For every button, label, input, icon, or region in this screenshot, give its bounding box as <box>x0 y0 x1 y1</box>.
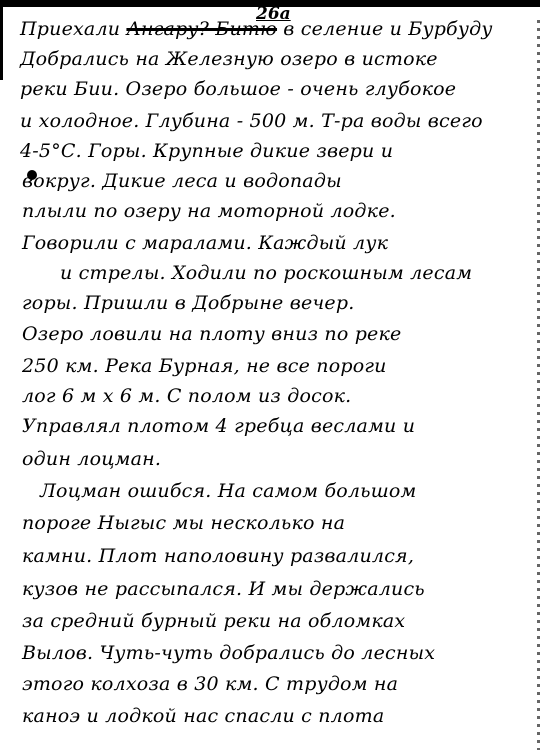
manuscript-line: плыли по озеру на моторной лодке. <box>22 200 540 222</box>
line-text: Лоцман ошибся. На самом большом <box>40 480 417 502</box>
line-text: кузов не рассыпался. И мы держались <box>22 578 425 600</box>
line-text: и стрелы. Ходили по роскошным лесам <box>60 262 472 284</box>
manuscript-line: и холодное. Глубина - 500 м. Т-ра воды в… <box>20 110 540 132</box>
manuscript-line: Добрались на Железную озеро в истоке <box>20 48 540 70</box>
line-text: Добрались на Железную озеро в истоке <box>20 48 438 70</box>
manuscript-line: 250 км. Река Бурная, не все пороги <box>22 355 540 377</box>
line-text: этого колхоза в 30 км. С трудом на <box>22 673 398 695</box>
line-text: один лоцман. <box>22 448 161 470</box>
line-text: за средний бурный реки на обломках <box>22 610 405 632</box>
manuscript-line: реки Бии. Озеро большое - очень глубокое <box>20 78 540 100</box>
scan-border-left <box>0 0 3 80</box>
manuscript-line: Управлял плотом 4 гребца веслами и <box>22 415 540 437</box>
line-text: 4-5°С. Горы. Крупные дикие звери и <box>20 140 393 162</box>
line-text: лог 6 м х 6 м. С полом из досок. <box>22 385 351 407</box>
line-text: реки Бии. Озеро большое - очень глубокое <box>20 78 456 100</box>
line-text: Управлял плотом 4 гребца веслами и <box>22 415 415 437</box>
manuscript-line: камни. Плот наполовину развалился, <box>22 545 540 567</box>
manuscript-line: Говорили с маралами. Каждый лук <box>22 232 540 254</box>
line-text: вокруг. Дикие леса и водопады <box>22 170 342 192</box>
manuscript-line: пороге Ныгыс мы несколько на <box>22 512 540 534</box>
line-text: горы. Пришли в Добрыне вечер. <box>22 292 354 314</box>
manuscript-line: кузов не рассыпался. И мы держались <box>22 578 540 600</box>
manuscript-line: Приехали Ангару? Битю в селение и Бурбуд… <box>20 18 540 40</box>
manuscript-line: вокруг. Дикие леса и водопады <box>22 170 540 192</box>
manuscript-line: Лоцман ошибся. На самом большом <box>40 480 540 502</box>
manuscript-line: и стрелы. Ходили по роскошным лесам <box>60 262 540 284</box>
manuscript-line: Озеро ловили на плоту вниз по реке <box>22 323 540 345</box>
line-text: в селение и Бурбуду <box>277 18 493 40</box>
line-text: Приехали <box>20 18 126 40</box>
manuscript-line: каноэ и лодкой нас спасли с плота <box>22 705 540 727</box>
manuscript-line: Вылов. Чуть-чуть добрались до лесных <box>22 642 540 664</box>
line-text: камни. Плот наполовину развалился, <box>22 545 414 567</box>
manuscript-line: за средний бурный реки на обломках <box>22 610 540 632</box>
line-text: и холодное. Глубина - 500 м. Т-ра воды в… <box>20 110 483 132</box>
line-text: плыли по озеру на моторной лодке. <box>22 200 396 222</box>
manuscript-line: лог 6 м х 6 м. С полом из досок. <box>22 385 540 407</box>
line-text: Говорили с маралами. Каждый лук <box>22 232 388 254</box>
line-text: Озеро ловили на плоту вниз по реке <box>22 323 402 345</box>
manuscript-line: один лоцман. <box>22 448 540 470</box>
manuscript-page: 26а Приехали Ангару? Битю в селение и Бу… <box>0 0 540 750</box>
line-text: Вылов. Чуть-чуть добрались до лесных <box>22 642 435 664</box>
manuscript-line: этого колхоза в 30 км. С трудом на <box>22 673 540 695</box>
manuscript-line: 4-5°С. Горы. Крупные дикие звери и <box>20 140 540 162</box>
manuscript-line: горы. Пришли в Добрыне вечер. <box>22 292 540 314</box>
struck-text: Ангару? Битю <box>126 18 277 40</box>
line-text: каноэ и лодкой нас спасли с плота <box>22 705 384 727</box>
line-text: пороге Ныгыс мы несколько на <box>22 512 345 534</box>
line-text: 250 км. Река Бурная, не все пороги <box>22 355 387 377</box>
